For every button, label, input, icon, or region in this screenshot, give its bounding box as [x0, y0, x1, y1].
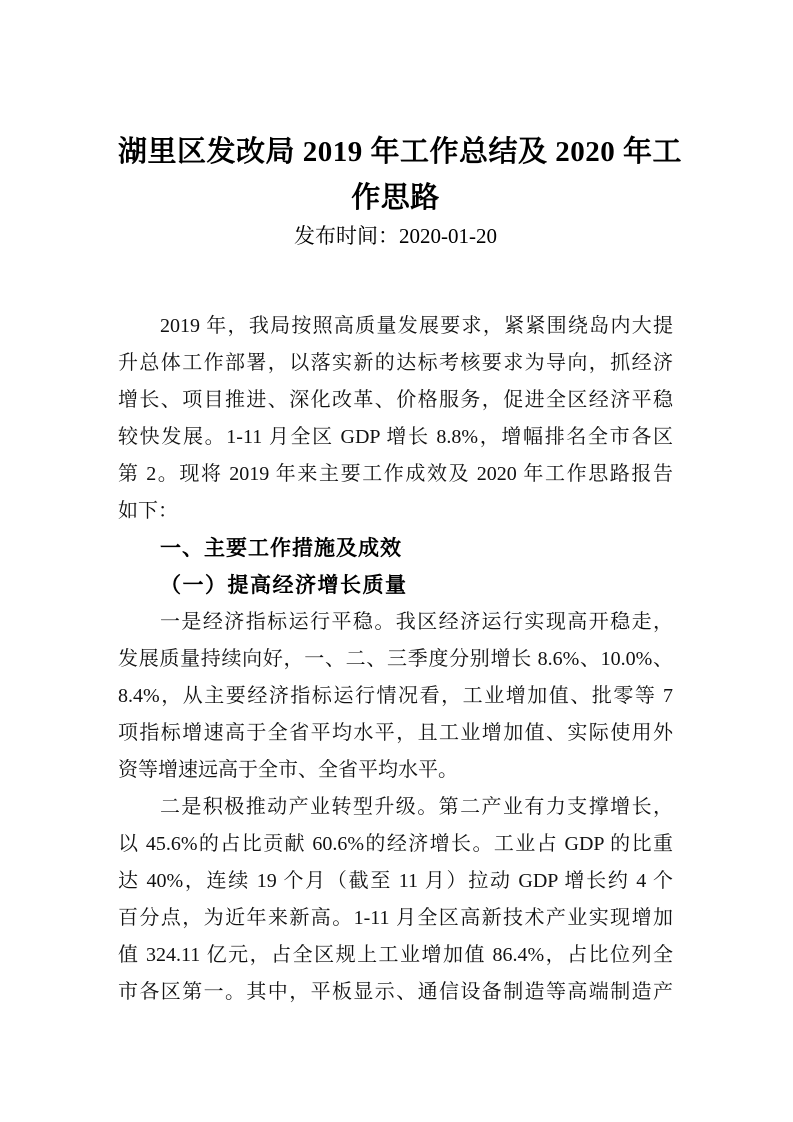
paragraph-economic-indicators: 一是经济指标运行平稳。我区经济运行实现高开稳走，发展质量持续向好，一、二、三季度…: [118, 604, 673, 789]
text-line: 资等增速远高于全市、全省平均水平。: [118, 752, 673, 789]
text-line: 作思路: [351, 175, 440, 221]
text-line: 以 45.6%的占比贡献 60.6%的经济增长。工业占 GDP 的比重: [118, 826, 673, 863]
text-line: 8.4%，从主要经济指标运行情况看，工业增加值、批零等 7: [118, 678, 673, 715]
text-line: 增长、项目推进、深化改革、价格服务，促进全区经济平稳: [118, 382, 673, 419]
text-line: 第 2。现将 2019 年来主要工作成效及 2020 年工作思路报告: [118, 456, 673, 493]
text-line: 市各区第一。其中，平板显示、通信设备制造等高端制造产: [118, 974, 673, 1011]
document-body: 湖里区发改局 2019 年工作总结及 2020 年工作思路发布时间：2020-0…: [118, 129, 673, 1011]
text-line: 发布时间：2020-01-20: [294, 221, 497, 251]
text-line: 较快发展。1-11 月全区 GDP 增长 8.8%，增幅排名全市各区: [118, 419, 673, 456]
text-line: 如下：: [118, 493, 673, 530]
text-line: （一）提高经济增长质量: [118, 567, 673, 604]
publish-date: 发布时间：2020-01-20: [118, 221, 673, 251]
paragraph-industry-upgrade: 二是积极推动产业转型升级。第二产业有力支撑增长，以 45.6%的占比贡献 60.…: [118, 789, 673, 1011]
text-line: 湖里区发改局 2019 年工作总结及 2020 年工: [118, 129, 682, 175]
text-line: 项指标增速高于全省平均水平，且工业增加值、实际使用外: [118, 715, 673, 752]
subsection-heading-1-1: （一）提高经济增长质量: [118, 567, 673, 604]
text-line: 一、主要工作措施及成效: [118, 530, 673, 567]
text-line: 2019 年，我局按照高质量发展要求，紧紧围绕岛内大提: [118, 308, 673, 345]
document-title: 湖里区发改局 2019 年工作总结及 2020 年工作思路: [118, 129, 673, 221]
intro-paragraph: 2019 年，我局按照高质量发展要求，紧紧围绕岛内大提升总体工作部署，以落实新的…: [118, 308, 673, 530]
section-heading-1: 一、主要工作措施及成效: [118, 530, 673, 567]
text-line: 值 324.11 亿元，占全区规上工业增加值 86.4%，占比位列全: [118, 937, 673, 974]
text-line: 一是经济指标运行平稳。我区经济运行实现高开稳走，: [118, 604, 673, 641]
text-line: 百分点，为近年来新高。1-11 月全区高新技术产业实现增加: [118, 900, 673, 937]
text-line: 升总体工作部署，以落实新的达标考核要求为导向，抓经济: [118, 345, 673, 382]
text-line: 达 40%，连续 19 个月（截至 11 月）拉动 GDP 增长约 4 个: [118, 863, 673, 900]
text-line: 二是积极推动产业转型升级。第二产业有力支撑增长，: [118, 789, 673, 826]
text-line: 发展质量持续向好，一、二、三季度分别增长 8.6%、10.0%、: [118, 641, 673, 678]
document-page: 湖里区发改局 2019 年工作总结及 2020 年工作思路发布时间：2020-0…: [0, 0, 793, 1122]
